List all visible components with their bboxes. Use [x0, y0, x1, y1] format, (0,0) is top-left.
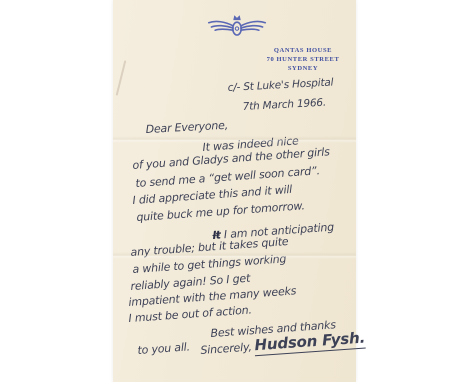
signoff: Sincerely,	[200, 340, 252, 357]
qantas-wings-logo-icon	[205, 9, 269, 45]
letterhead-address-block: QANTAS HOUSE 70 HUNTER STREET SYDNEY	[251, 46, 355, 73]
salutation: Dear Everyone,	[145, 119, 228, 136]
letterhead-line-city: SYDNEY	[251, 64, 355, 73]
crease-mark	[116, 60, 127, 95]
handwritten-date: 7th March 1966.	[242, 97, 326, 113]
crown-icon	[233, 15, 240, 20]
letterhead-line-street: 70 HUNTER STREET	[251, 55, 355, 64]
letter-sheet: QANTAS HOUSE 70 HUNTER STREET SYDNEY c/-…	[113, 0, 356, 382]
closing-line: to you all.	[137, 340, 190, 357]
letterhead-line-company: QANTAS HOUSE	[251, 46, 355, 55]
handwritten-sender-address: c/- St Luke's Hospital	[227, 76, 333, 94]
letter-photo: QANTAS HOUSE 70 HUNTER STREET SYDNEY c/-…	[0, 0, 468, 382]
